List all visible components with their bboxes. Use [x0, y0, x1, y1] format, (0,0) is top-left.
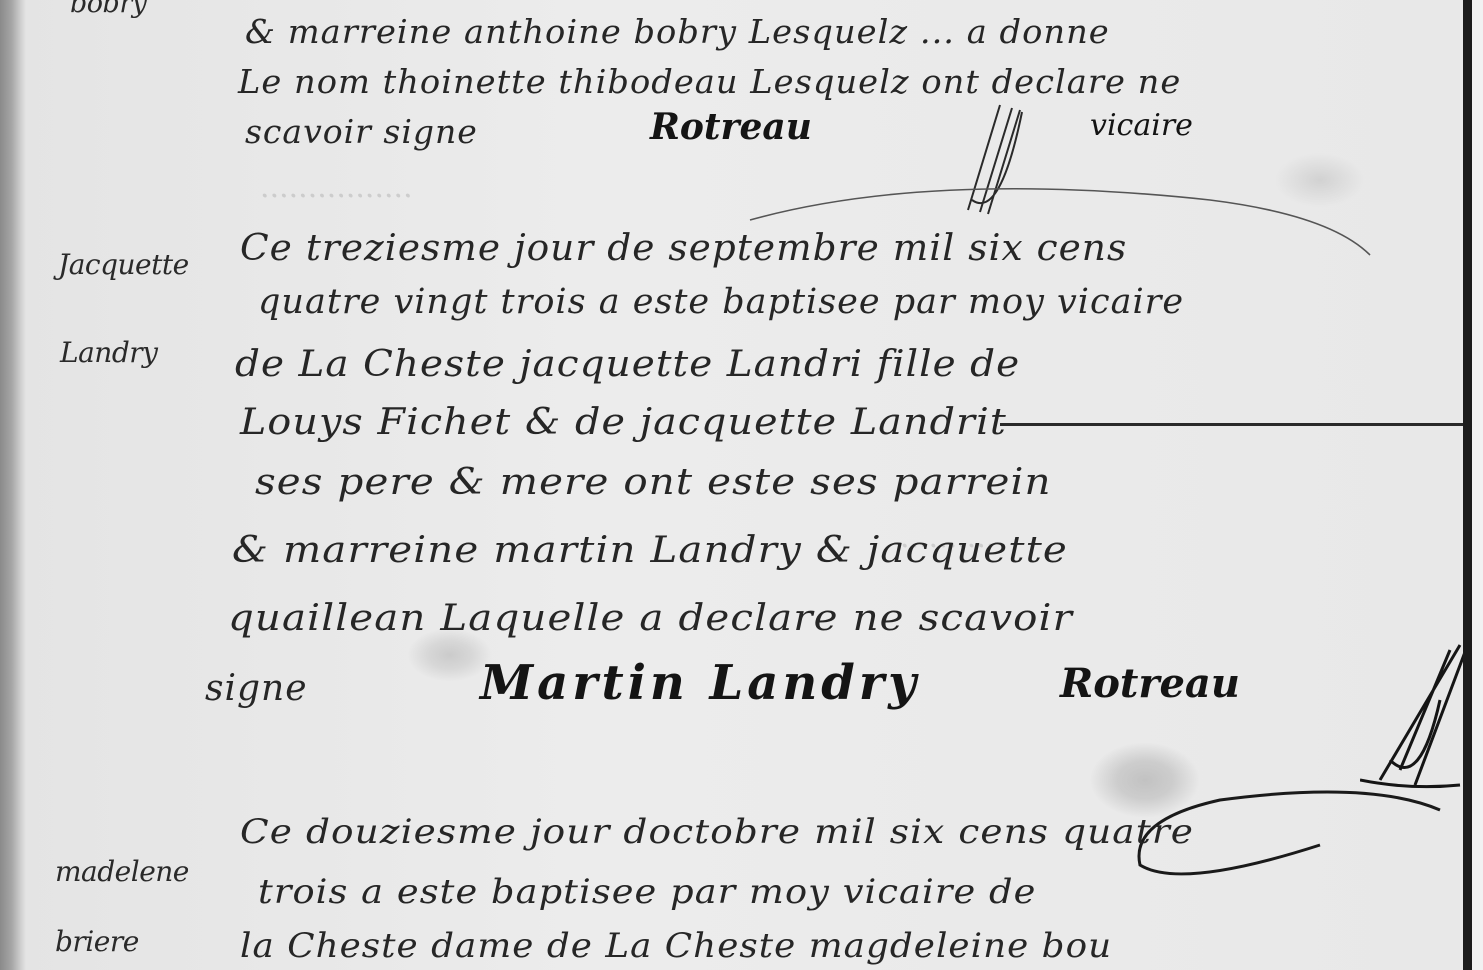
entry-line: Ce treziesme jour de septembre mil six c…	[240, 228, 1127, 269]
signature-rotreau: Rotreau	[650, 106, 812, 148]
entry-line: Louys Fichet & de jacquette Landrit	[240, 402, 1007, 443]
signature-martin-landry: Martin Landry	[480, 655, 920, 711]
entry-line: & marreine anthoine bobry Lesquelz ... a…	[245, 12, 1110, 51]
entry-line: trois a este baptisee par moy vicaire de	[258, 872, 1036, 912]
margin-name-last: Landry	[60, 336, 157, 369]
entry-line: Le nom thoinette thibodeau Lesquelz ont …	[238, 62, 1181, 101]
strike-through-line	[1000, 423, 1470, 426]
entry-line: & marreine martin Landry & jacquette	[232, 530, 1068, 571]
margin-name-last: briere	[55, 925, 139, 958]
entry-line: de La Cheste jacquette Landri fille de	[235, 344, 1020, 385]
signature-flourish-icon	[960, 100, 1030, 220]
entry-line: la Cheste dame de La Cheste magdeleine b…	[240, 926, 1112, 966]
page-right-margin	[1472, 0, 1483, 970]
entry-line: scavoir signe	[245, 112, 478, 151]
margin-name-first: Jacquette	[58, 248, 189, 281]
margin-name-bobry: bobry	[70, 0, 146, 19]
page-edge-rule	[1463, 0, 1472, 970]
margin-name-first: madelene	[55, 855, 189, 888]
binding-edge	[0, 0, 26, 970]
entry-line: quatre vingt trois a este baptisee par m…	[258, 282, 1184, 322]
signature-vicaire: vicaire	[1090, 108, 1193, 143]
entry-line: signe	[205, 668, 308, 709]
signature-flourish-icon	[1360, 640, 1470, 790]
entry-line: ses pere & mere ont este ses parrein	[255, 462, 1052, 503]
entry-line: quaillean Laquelle a declare ne scavoir	[228, 598, 1073, 639]
register-page-scan: ................ .......... bobry & marr…	[0, 0, 1483, 970]
signature-rotreau: Rotreau	[1060, 660, 1240, 707]
entry-line: Ce douziesme jour doctobre mil six cens …	[240, 812, 1194, 852]
bleed-through-text: ................	[260, 170, 413, 205]
